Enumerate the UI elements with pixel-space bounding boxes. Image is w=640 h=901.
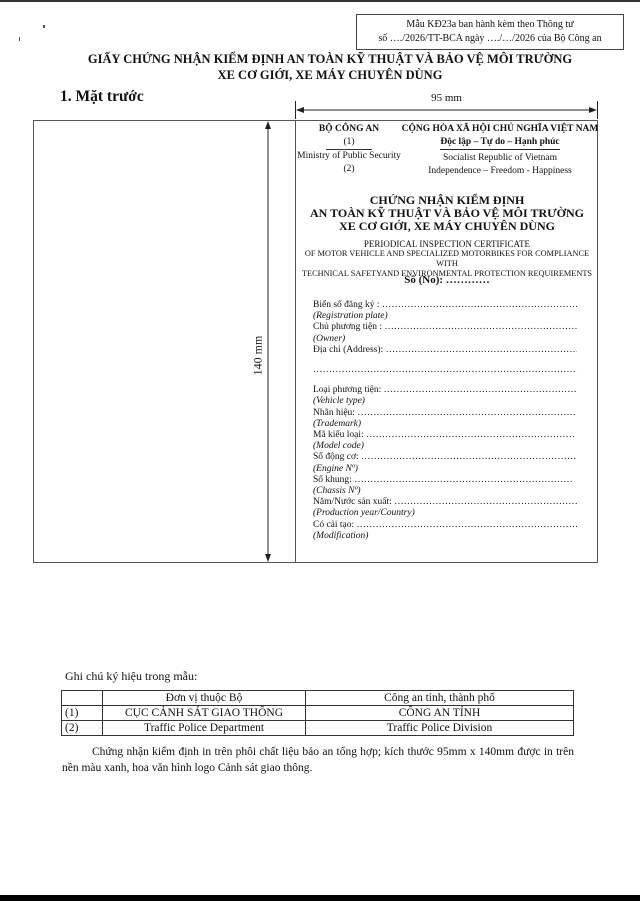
notes-cell: Traffic Police Department: [103, 721, 306, 736]
field-value[interactable]: …………………………………………………………: [366, 430, 575, 440]
field-address-continued[interactable]: ……………………………………………………………………………: [313, 365, 577, 376]
page-title-line1: GIẤY CHỨNG NHẬN KIỂM ĐỊNH AN TOÀN KỸ THU…: [40, 51, 620, 67]
national-motto: Độc lập – Tự do – Hạnh phúc: [440, 136, 559, 150]
field-label: Địa chỉ (Address):: [313, 345, 383, 355]
notes-header-cell: Đơn vị thuộc Bộ: [103, 691, 306, 706]
form-reference-line1: Mẫu KĐ23a ban hành kèm theo Thông tư: [357, 18, 623, 32]
scan-speck: [19, 37, 20, 41]
field-label-en: (Registration plate): [313, 311, 577, 322]
scan-bottom-edge: [0, 895, 640, 901]
field-label-en: (Trademark): [313, 419, 577, 430]
field-label-en: (Chassis Nº): [313, 486, 577, 497]
field-label: Nhãn hiệu:: [313, 408, 355, 418]
subtitle-en-line2: OF MOTOR VEHICLE AND SPECIALIZED MOTORBI…: [296, 249, 598, 269]
certificate-title-line3: XE CƠ GIỚI, XE MÁY CHUYÊN DÙNG: [296, 220, 598, 233]
field-label: Số động cơ:: [313, 452, 359, 462]
field-value[interactable]: ………………………………………………………………: [386, 345, 577, 355]
field-vehicle-type: Loại phương tiện: ………………………………………………………: [313, 385, 577, 396]
notes-row: (2) Traffic Police Department Traffic Po…: [62, 721, 574, 736]
field-registration-plate: Biển số đăng ký : …………………………………………………………: [313, 300, 577, 311]
notes-row: (1) CỤC CẢNH SÁT GIAO THÔNG CÔNG AN TỈNH: [62, 706, 574, 721]
notes-cell: CÔNG AN TỈNH: [306, 706, 574, 721]
page-title: GIẤY CHỨNG NHẬN KIỂM ĐỊNH AN TOÀN KỸ THU…: [40, 51, 620, 83]
field-owner: Chủ phương tiện : ……………………………………………………………: [313, 322, 577, 333]
field-value[interactable]: ……………………………………………………: [394, 497, 577, 507]
scan-top-edge: [0, 0, 640, 2]
field-modification: Có cải tạo: ………………………………………………………………: [313, 520, 577, 531]
field-model-code: Mã kiểu loại: …………………………………………………………: [313, 430, 577, 441]
field-label-en: (Vehicle type): [313, 396, 577, 407]
footnote: Chứng nhận kiểm định in trên phôi chất l…: [62, 744, 574, 776]
notes-cell: (2): [62, 721, 103, 736]
form-reference-badge: Mẫu KĐ23a ban hành kèm theo Thông tư số …: [356, 14, 624, 50]
field-label-en: (Model code): [313, 441, 577, 452]
subtitle-en-line1: PERIODICAL INSPECTION CERTIFICATE: [296, 239, 598, 249]
issuer-ref1: (1): [296, 136, 402, 149]
field-value[interactable]: ………………………………………………………………: [357, 520, 577, 530]
field-value[interactable]: ………………………………………………………: [384, 385, 577, 395]
issuer-name: BỘ CÔNG AN: [296, 123, 402, 136]
notes-header-cell: Công an tỉnh, thành phố: [306, 691, 574, 706]
notes-header-cell: [62, 691, 103, 706]
field-label: Biển số đăng ký :: [313, 300, 380, 310]
field-value[interactable]: ……………………………………………………………: [357, 408, 576, 418]
certificate-subtitle-en: PERIODICAL INSPECTION CERTIFICATE OF MOT…: [296, 239, 598, 279]
field-label: Chủ phương tiện :: [313, 322, 382, 332]
issuer-block: BỘ CÔNG AN (1) Ministry of Public Securi…: [296, 123, 402, 176]
field-label: Có cải tạo:: [313, 520, 354, 530]
certificate-title: CHỨNG NHẬN KIỂM ĐỊNH AN TOÀN KỸ THUẬT VÀ…: [296, 194, 598, 233]
country-name-en: Socialist Republic of Vietnam: [400, 152, 600, 165]
issuer-ref2: (2): [296, 163, 402, 176]
notes-cell: Traffic Police Division: [306, 721, 574, 736]
country-name: CỘNG HÒA XÃ HỘI CHỦ NGHĨA VIỆT NAM: [400, 123, 600, 136]
issuer-name-en: Ministry of Public Security: [296, 150, 402, 163]
width-dimension-arrow: [295, 101, 598, 119]
field-label: Mã kiểu loại:: [313, 430, 364, 440]
field-label: Số khung:: [313, 475, 352, 485]
field-label-en: (Engine Nº): [313, 464, 577, 475]
certificate-number-value: …………: [446, 274, 490, 286]
scan-speck: [43, 25, 45, 28]
field-value[interactable]: ……………………………………………………………: [354, 475, 573, 485]
field-label-en: (Production year/Country): [313, 508, 577, 519]
field-value[interactable]: ………………………………………………………………: [384, 322, 577, 332]
field-label-en: (Owner): [313, 334, 577, 345]
notes-header-row: Đơn vị thuộc Bộ Công an tỉnh, thành phố: [62, 691, 574, 706]
notes-table: Đơn vị thuộc Bộ Công an tỉnh, thành phố …: [61, 690, 574, 736]
national-header: CỘNG HÒA XÃ HỘI CHỦ NGHĨA VIỆT NAM Độc l…: [400, 123, 600, 178]
form-reference-line2: số …./2026/TT-BCA ngày …./…/2026 của Bộ …: [357, 32, 623, 46]
field-label: Năm/Nước sản xuất:: [313, 497, 392, 507]
field-address: Địa chỉ (Address): …………………………………………………………: [313, 345, 577, 356]
field-chassis-number: Số khung: ……………………………………………………………: [313, 475, 577, 486]
field-value[interactable]: ……………………………………………………………: [361, 452, 577, 462]
notes-cell: (1): [62, 706, 103, 721]
page-title-line2: XE CƠ GIỚI, XE MÁY CHUYÊN DÙNG: [40, 67, 620, 83]
certificate-front: BỘ CÔNG AN (1) Ministry of Public Securi…: [296, 121, 598, 562]
notes-cell: CỤC CẢNH SÁT GIAO THÔNG: [103, 706, 306, 721]
certificate-number: Số (No): …………: [296, 274, 598, 286]
national-motto-en: Independence – Freedom - Happiness: [400, 165, 600, 178]
field-value[interactable]: …………………………………………………………: [382, 300, 577, 310]
section-title: 1. Mặt trước: [60, 88, 144, 106]
field-production-year-country: Năm/Nước sản xuất: ……………………………………………………: [313, 497, 577, 508]
notes-label: Ghi chú ký hiệu trong mẫu:: [65, 669, 197, 684]
field-label-en: (Modification): [313, 531, 577, 542]
certificate-fields: Biển số đăng ký : ……………………………………………………………: [313, 300, 577, 542]
certificate-number-label: Số (No):: [404, 274, 443, 286]
field-label: Loại phương tiện:: [313, 385, 381, 395]
field-engine-number: Số động cơ: ……………………………………………………………: [313, 452, 577, 463]
height-dimension-label: 140 mm: [251, 336, 266, 376]
field-trademark: Nhãn hiệu: ……………………………………………………………: [313, 408, 577, 419]
